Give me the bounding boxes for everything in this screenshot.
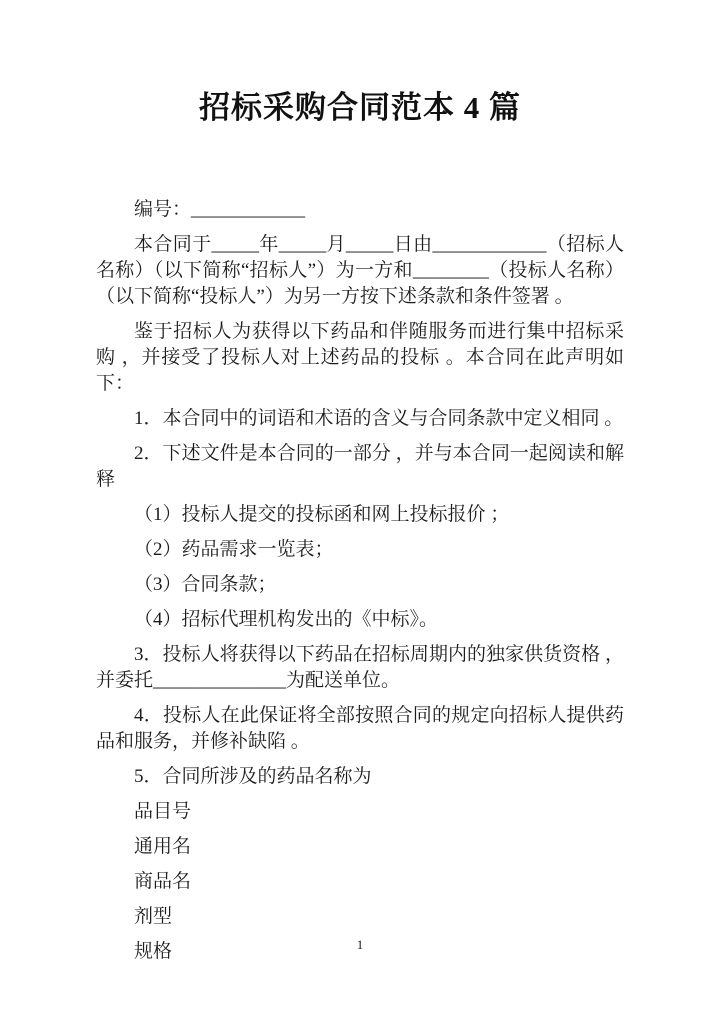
field-label-trade-name: 商品名: [96, 869, 624, 895]
clause-2-subitem-1: （1）投标人提交的投标函和网上投标报价 ；: [96, 502, 624, 528]
clause-2-subitem-2: （2）药品需求一览表；: [96, 537, 624, 563]
field-label-dosage-form: 剂型: [96, 904, 624, 930]
paragraph-parties: 本合同于_____年_____月_____日由____________（招标人名…: [96, 232, 624, 310]
paragraph-whereas: 鉴于招标人为获得以下药品和伴随服务而进行集中招标采购 ，并接受了投标人对上述药品…: [96, 319, 624, 397]
document-title: 招标采购合同范本 4 篇: [96, 86, 624, 130]
page-number: 1: [0, 937, 720, 953]
clause-3: 3．投标人将获得以下药品在招标周期内的独家供货资格 ，并委托__________…: [96, 642, 624, 694]
clause-4: 4．投标人在此保证将全部按照合同的规定向招标人提供药品和服务，并修补缺陷 。: [96, 703, 624, 755]
clause-2-subitem-4: （4）招标代理机构发出的《中标》。: [96, 607, 624, 633]
document-content: 招标采购合同范本 4 篇 编号：____________ 本合同于_____年_…: [0, 0, 720, 965]
clause-2-subitem-3: （3）合同条款；: [96, 572, 624, 598]
field-label-item-number: 品目号: [96, 799, 624, 825]
clause-5: 5．合同所涉及的药品名称为: [96, 764, 624, 790]
field-label-generic-name: 通用名: [96, 834, 624, 860]
serial-number-line: 编号：____________: [96, 197, 624, 223]
document-page: 招标采购合同范本 4 篇 编号：____________ 本合同于_____年_…: [0, 0, 720, 1017]
clause-1: 1．本合同中的词语和术语的含义与合同条款中定义相同 。: [96, 406, 624, 432]
clause-2: 2．下述文件是本合同的一部分 ，并与本合同一起阅读和解释: [96, 441, 624, 493]
